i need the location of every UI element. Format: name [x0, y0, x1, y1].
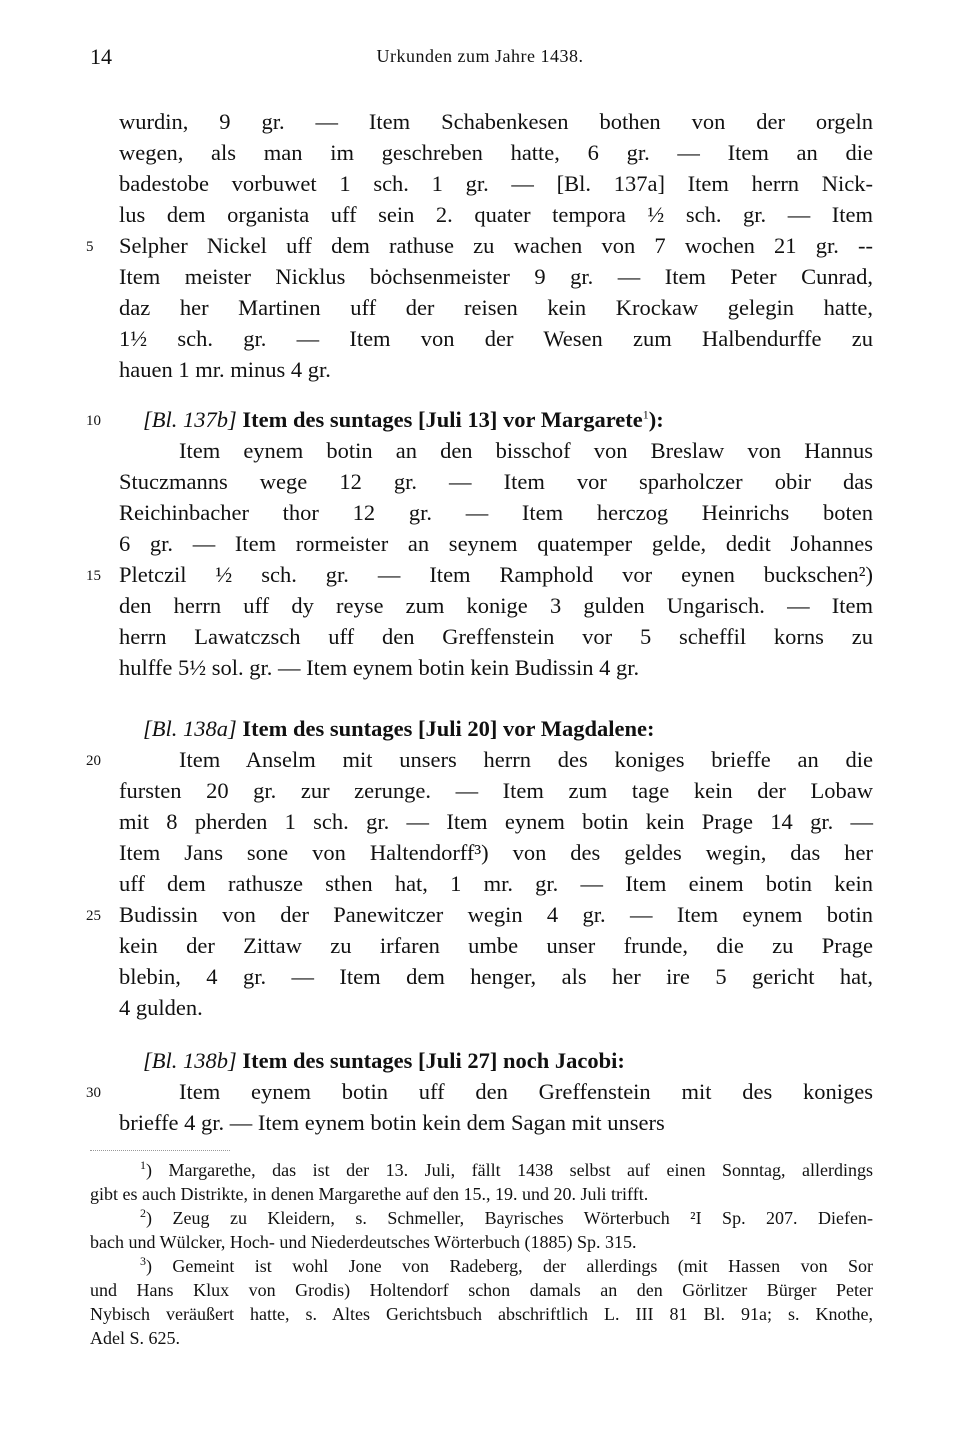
line-text: den herrn uff dy reyse zum konige 3 guld… — [119, 593, 873, 618]
line-number: 5 — [86, 232, 94, 263]
text-line: wegen, als man im geschreben hatte, 6 gr… — [119, 137, 873, 168]
line-text: Selpher Nickel uff dem rathuse zu wachen… — [119, 233, 873, 258]
section-heading-juli-20: [Bl. 138a] Item des suntages [Juli 20] v… — [119, 713, 873, 744]
line-text: Budissin von der Panewitczer wegin 4 gr.… — [119, 902, 873, 927]
text-line: 5Selpher Nickel uff dem rathuse zu wache… — [119, 230, 873, 261]
footnote-3-line: Nybisch veräußert hatte, s. Altes Gerich… — [90, 1302, 873, 1326]
text-line: Item eynem botin an den bisschof von Bre… — [119, 435, 873, 466]
line-text: Item meister Nicklus bȯchsenmeister 9 gr… — [119, 264, 873, 289]
footnote-marker: 3 — [140, 1254, 146, 1268]
section-heading-juli-27: [Bl. 138b] Item des suntages [Juli 27] n… — [119, 1045, 873, 1076]
text-line: 25Budissin von der Panewitczer wegin 4 g… — [119, 899, 873, 930]
line-text: Item Jans sone von Haltendorff³) von des… — [119, 840, 873, 865]
text-line: wurdin, 9 gr. — Item Schabenkesen bothen… — [119, 106, 873, 137]
text-line: brieffe 4 gr. — Item eynem botin kein de… — [119, 1107, 873, 1138]
footnote-2-line: 2) Zeug zu Kleidern, s. Schmeller, Bayri… — [90, 1206, 873, 1230]
text-line: Item Jans sone von Haltendorff³) von des… — [119, 837, 873, 868]
footnote-marker: 1 — [140, 1158, 146, 1172]
line-number: 15 — [86, 561, 101, 592]
line-text: wegen, als man im geschreben hatte, 6 gr… — [119, 140, 873, 165]
line-text: badestobe vorbuwet 1 sch. 1 gr. — [Bl. 1… — [119, 171, 873, 196]
text-line: badestobe vorbuwet 1 sch. 1 gr. — [Bl. 1… — [119, 168, 873, 199]
folio-reference: [Bl. 137b] — [143, 407, 237, 432]
text-line: 6 gr. — Item rormeister an seynem quatem… — [119, 528, 873, 559]
line-text: lus dem organista uff sein 2. quater tem… — [119, 202, 873, 227]
heading-text: Item des suntages [Juli 27] noch Jacobi: — [242, 1048, 625, 1073]
line-text: Item Anselm mit unsers herrn des koniges… — [179, 747, 873, 772]
footnote-2-line: bach und Wülcker, Hoch- und Niederdeutsc… — [90, 1230, 873, 1254]
footnote-1-line: 1) Margarethe, das ist der 13. Juli, fäl… — [90, 1158, 873, 1182]
line-text: mit 8 pherden 1 sch. gr. — Item eynem bo… — [119, 809, 873, 834]
line-text: Stuczmanns wege 12 gr. — Item vor sparho… — [119, 469, 873, 494]
footnote-1-line: gibt es auch Distrikte, in denen Margare… — [90, 1182, 873, 1206]
text-line: 4 gulden. — [119, 992, 873, 1023]
footnote-separator — [90, 1150, 230, 1151]
footnote-3-line: Adel S. 625. — [90, 1326, 873, 1350]
text-line: 20Item Anselm mit unsers herrn des konig… — [119, 744, 873, 775]
line-text: hauen 1 mr. minus 4 gr. — [119, 357, 331, 382]
footnote-3-line: 3) Gemeint ist wohl Jone von Radeberg, d… — [90, 1254, 873, 1278]
line-text: Item eynem botin an den bisschof von Bre… — [179, 438, 873, 463]
line-number: 30 — [86, 1078, 101, 1109]
text-line: blebin, 4 gr. — Item dem henger, als her… — [119, 961, 873, 992]
line-text: daz her Martinen uff der reisen kein Kro… — [119, 295, 873, 320]
line-text: blebin, 4 gr. — Item dem henger, als her… — [119, 964, 873, 989]
page-header: 14 Urkunden zum Jahre 1438. — [90, 44, 870, 76]
line-text: kein der Zittaw zu irfaren umbe unser fr… — [119, 933, 873, 958]
text-line: fursten 20 gr. zur zerunge. — Item zum t… — [119, 775, 873, 806]
text-line: Stuczmanns wege 12 gr. — Item vor sparho… — [119, 466, 873, 497]
section-juli-13-paragraph: Item eynem botin an den bisschof von Bre… — [119, 435, 873, 683]
footnote-3-line: und Hans Klux von Grodis) Holtendorf sch… — [90, 1278, 873, 1302]
text-line: hauen 1 mr. minus 4 gr. — [119, 354, 873, 385]
line-text: hulffe 5½ sol. gr. — Item eynem botin ke… — [119, 655, 639, 680]
line-text: wurdin, 9 gr. — Item Schabenkesen bothen… — [119, 109, 873, 134]
section-heading-juli-13: 10 [Bl. 137b] Item des suntages [Juli 13… — [119, 404, 873, 435]
text-line: Item meister Nicklus bȯchsenmeister 9 gr… — [119, 261, 873, 292]
heading-text: Item des suntages [Juli 20] vor Magdalen… — [242, 716, 654, 741]
line-number: 25 — [86, 901, 101, 932]
text-line: kein der Zittaw zu irfaren umbe unser fr… — [119, 930, 873, 961]
footnote-marker: 2 — [140, 1206, 146, 1220]
line-text: 1½ sch. gr. — Item von der Wesen zum Hal… — [119, 326, 873, 351]
line-text: brieffe 4 gr. — Item eynem botin kein de… — [119, 1110, 665, 1135]
text-line: Reichinbacher thor 12 gr. — Item herczog… — [119, 497, 873, 528]
section-juli-27-paragraph: 30Item eynem botin uff den Greffenstein … — [119, 1076, 873, 1138]
section-juli-20-paragraph: 20Item Anselm mit unsers herrn des konig… — [119, 744, 873, 1023]
line-text: 6 gr. — Item rormeister an seynem quatem… — [119, 531, 873, 556]
line-number: 10 — [86, 406, 101, 437]
line-text: Reichinbacher thor 12 gr. — Item herczog… — [119, 500, 873, 525]
main-text: wurdin, 9 gr. — Item Schabenkesen bothen… — [119, 106, 873, 1138]
text-line: mit 8 pherden 1 sch. gr. — Item eynem bo… — [119, 806, 873, 837]
line-text: Item eynem botin uff den Greffenstein mi… — [179, 1079, 873, 1104]
line-text: herrn Lawatczsch uff den Greffenstein vo… — [119, 624, 873, 649]
text-line: daz her Martinen uff der reisen kein Kro… — [119, 292, 873, 323]
text-line: hulffe 5½ sol. gr. — Item eynem botin ke… — [119, 652, 873, 683]
text-line: den herrn uff dy reyse zum konige 3 guld… — [119, 590, 873, 621]
text-line: uff dem rathusze sthen hat, 1 mr. gr. — … — [119, 868, 873, 899]
line-text: 4 gulden. — [119, 995, 203, 1020]
text-line: 30Item eynem botin uff den Greffenstein … — [119, 1076, 873, 1107]
line-text: fursten 20 gr. zur zerunge. — Item zum t… — [119, 778, 873, 803]
text-line: lus dem organista uff sein 2. quater tem… — [119, 199, 873, 230]
running-title: Urkunden zum Jahre 1438. — [90, 46, 870, 67]
heading-text: Item des suntages [Juli 13] vor Margaret… — [242, 407, 642, 432]
line-number: 20 — [86, 746, 101, 777]
footnotes: 1) Margarethe, das ist der 13. Juli, fäl… — [90, 1158, 873, 1350]
folio-reference: [Bl. 138b] — [143, 1048, 237, 1073]
line-text: Pletczil ½ sch. gr. — Item Ramphold vor … — [119, 562, 873, 587]
folio-reference: [Bl. 138a] — [143, 716, 237, 741]
text-line: 15Pletczil ½ sch. gr. — Item Ramphold vo… — [119, 559, 873, 590]
text-line: 1½ sch. gr. — Item von der Wesen zum Hal… — [119, 323, 873, 354]
opening-paragraph: wurdin, 9 gr. — Item Schabenkesen bothen… — [119, 106, 873, 385]
line-text: uff dem rathusze sthen hat, 1 mr. gr. — … — [119, 871, 873, 896]
text-line: herrn Lawatczsch uff den Greffenstein vo… — [119, 621, 873, 652]
